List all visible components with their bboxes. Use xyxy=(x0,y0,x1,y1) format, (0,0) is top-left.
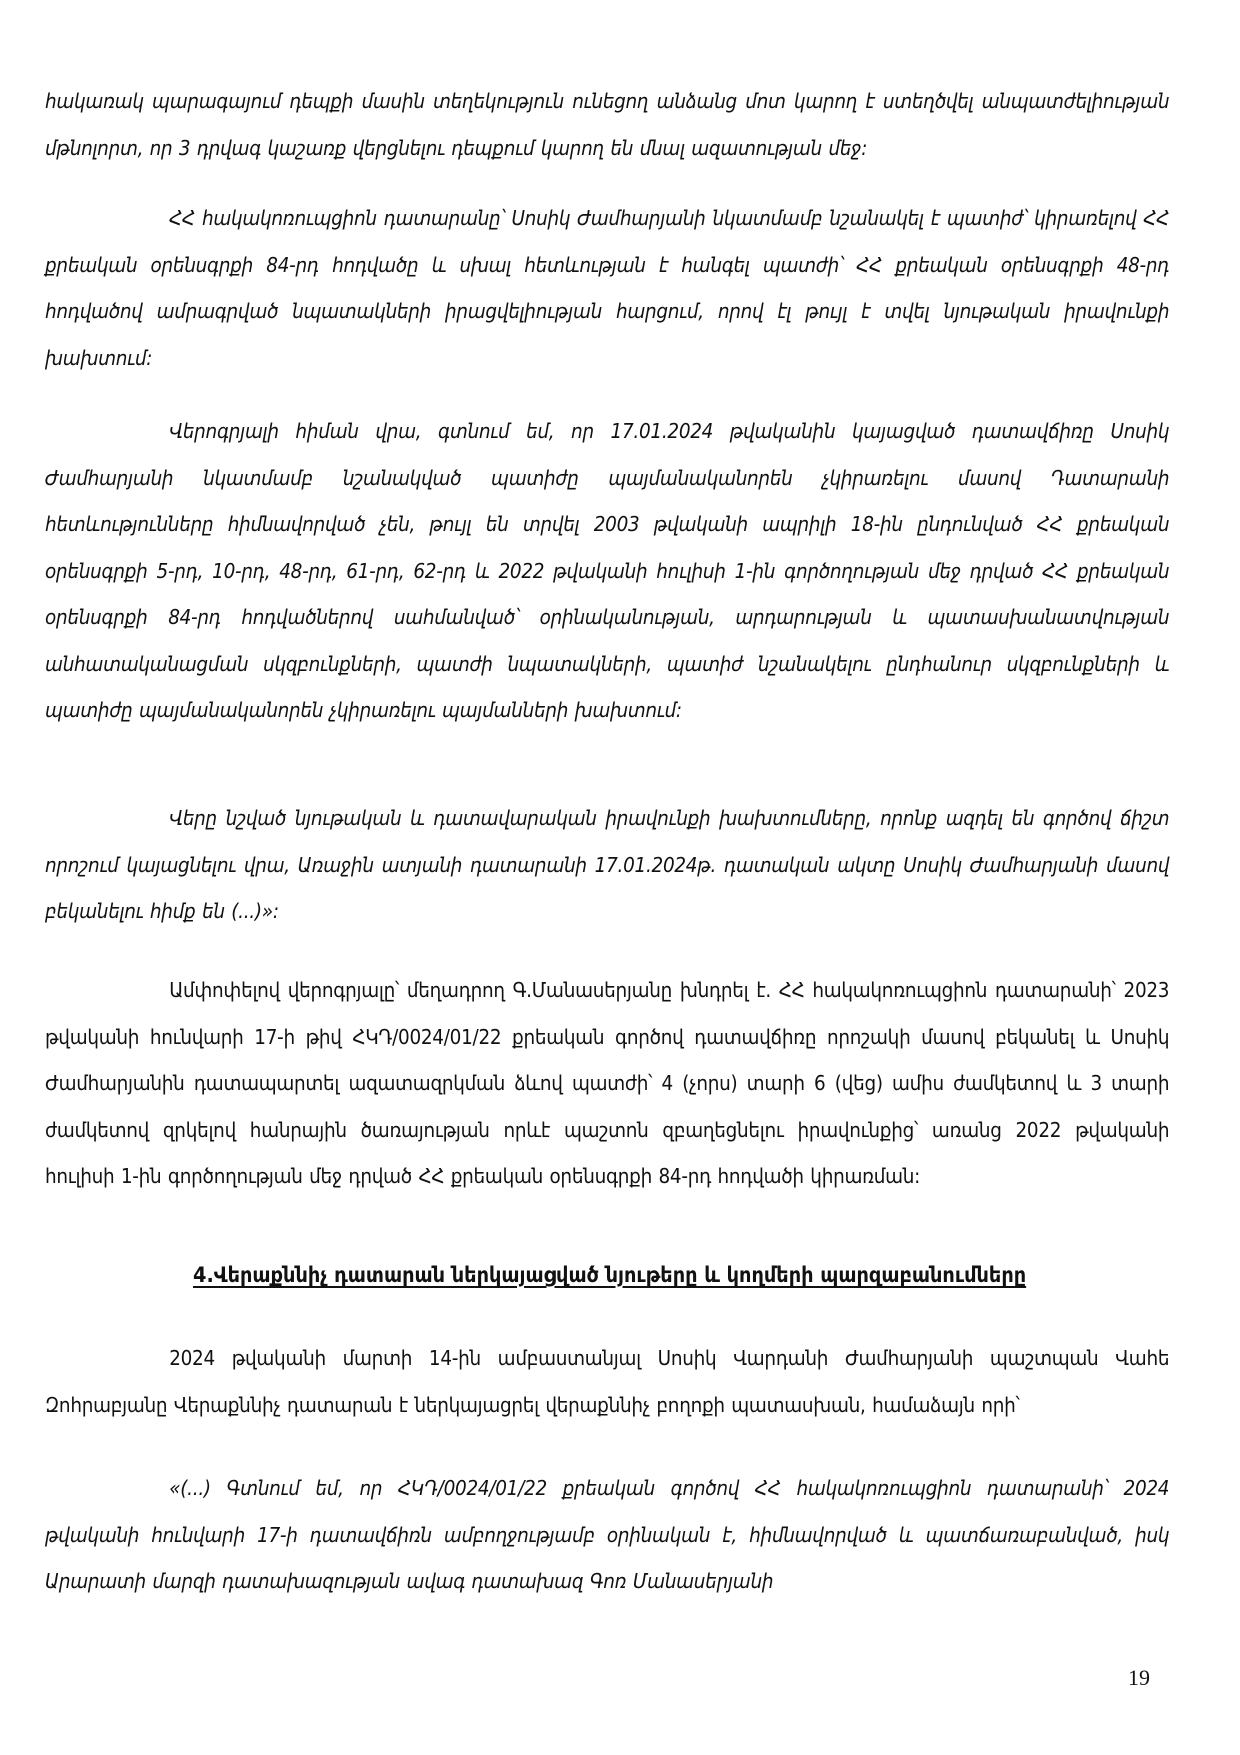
section-heading: 4.Վերաքննիչ դատարան ներկայացված նյութերը… xyxy=(193,1263,1026,1287)
paragraph-defense-response: 2024 թվականի մարտի 14-ին ամբաստանյալ Սոս… xyxy=(45,1335,1169,1428)
page-number: 19 xyxy=(1128,1665,1150,1691)
paragraph-continuation: հակառակ պարագայում դեպքի մասին տեղեկությ… xyxy=(45,78,1169,171)
paragraph-violations: Վերը նշված նյութական և դատավարական իրավո… xyxy=(45,795,1169,935)
paragraph-defense-quote: «(...) Գտնում եմ, որ ՀԿԴ/0024/01/22 քրեա… xyxy=(45,1465,1169,1605)
paragraph-court-sentence: ՀՀ հակակոռուպցիոն դատարանը՝ Սոսիկ Ժամհար… xyxy=(45,195,1169,381)
document-page: հակառակ պարագայում դեպքի մասին տեղեկությ… xyxy=(0,0,1240,1755)
paragraph-prosecutor-request: Ամփոփելով վերոգրյալը՝ մեղադրող Գ.Մանասեր… xyxy=(45,967,1169,1200)
paragraph-conclusion: Վերոգրյալի հիման վրա, գտնում եմ, որ 17.0… xyxy=(45,408,1169,734)
